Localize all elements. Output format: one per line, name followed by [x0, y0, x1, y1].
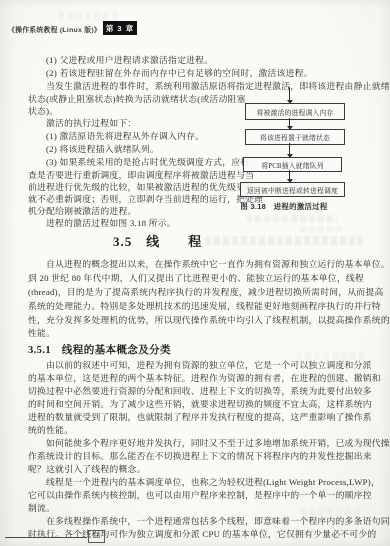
- scan-smudge: [300, 226, 345, 232]
- text-line: 系统的处理能力。特别是多处理机技术的迅速发展，线程能更好地刻画程序执行的并行特: [28, 301, 381, 312]
- text-line: 激活的执行过程如下：: [46, 118, 136, 129]
- text-line: 呢？这就引入了线程的概念。: [28, 464, 146, 475]
- scan-smudge: [300, 508, 360, 515]
- text-line: (1) 父进程或用户进程请求激活指定进程。: [46, 55, 213, 66]
- flow-arrow-icon: [289, 143, 290, 157]
- subsection-title: 3.5.1 线程的基本概念及分类: [28, 342, 171, 357]
- text-line: 机分配给刚被激活的进程。: [28, 206, 137, 217]
- text-line: 查是否要进行重新调度，即由调度程序将被激活进程与当: [28, 170, 254, 181]
- running-header-book-title: 《操作系统教程 (Linux 版)》: [8, 24, 101, 34]
- flowchart-box: 将被激活的进程调入内存: [245, 103, 345, 120]
- text-line: (2) 将该进程插入就绪队列。: [46, 144, 159, 155]
- scan-smudge: [296, 352, 364, 359]
- text-line: (3) 如果系统采用的是抢占时优先级调度方式，应检: [46, 157, 249, 168]
- text-line: 进程的数量就受到了限制，也就限制了程序并发执行程度的提高，这严重影响了操作系: [28, 412, 372, 423]
- page-number: 18: [88, 530, 105, 543]
- text-line: 切换过程中必然要进行资源的分配和回收、进程上下文的切换等，系统为此要付出较多: [28, 386, 372, 397]
- text-line: 的基本单位，这是进程的两个基本特征。进程作为资源的拥有者，在进程的创建、撤销和: [28, 373, 381, 384]
- text-line: 的时间和空间开销。为了减少这些开销，就要求进程切换的频度不宜太高，这样系统内: [28, 399, 372, 410]
- text-line: (2) 若该进程驻留在外存而内存中已有足够的空间时，激活该进程。: [46, 68, 313, 79]
- scan-smudge: [282, 452, 362, 459]
- text-line: 制流。: [28, 503, 55, 514]
- text-line: 如何能使多个程序更好地并发执行，同时又不至于过多地增加系统开销，已成为现代操: [46, 438, 390, 449]
- text-line: 状态)。: [28, 106, 58, 117]
- flowchart-box: 返回被中断进程或转进程调度: [240, 182, 345, 197]
- text-line: 时执行。各个线程均可作为独立调度和分派 CPU 的基本单位，它仅拥有少量必不可少…: [28, 529, 376, 540]
- figure-caption: 图 3.18 进程的激活过程: [228, 201, 340, 212]
- flow-arrow-icon: [289, 118, 290, 129]
- scan-smudge: [298, 320, 360, 327]
- flowchart-box: 将PCB插入就绪队列: [243, 157, 342, 172]
- scan-smudge: [58, 12, 118, 20]
- text-line: 它可以由操作系统内核控制，也可以由用户程序来控制，是程序中的一个单一的顺序控: [28, 490, 372, 501]
- flow-arrow-icon: [289, 170, 290, 182]
- scan-smudge: [246, 215, 338, 222]
- book-page: 《操作系统教程 (Linux 版)》 第 3 章 (1) 父进程或用户进程请求激…: [0, 0, 390, 546]
- text-line: 性能。: [28, 328, 55, 339]
- text-line: 自从进程的概念提出以来，在操作系统中它一直作为拥有资源和独立运行的基本单位。: [46, 259, 390, 270]
- text-line: 进程的激活过程如图 3.18 所示。: [46, 218, 176, 229]
- chapter-badge: 第 3 章: [103, 21, 137, 35]
- text-line: 到 20 世纪 80 年代中期，人们又提出了比进程更小的、能独立运行的基本单位，…: [28, 273, 364, 284]
- section-title: 3.5 线 程: [113, 231, 202, 250]
- text-line: 当发生激活进程的事件时，系统利用激活原语将指定进程激活，即将该进程由静止就绪: [46, 81, 390, 92]
- flowchart-box: 将该进程置于就绪状态: [245, 129, 345, 145]
- text-line: (thread)，目的是为了提高系统内程序执行的并发程度，减少进程切换所需时间，…: [28, 287, 384, 298]
- text-line: 在多线程操作系统中，一个进程通常包括多个线程，即意味着一个程序内的多条语句同: [46, 516, 390, 527]
- text-line: 线程是一个进程内的基本调度单位，也称之为轻权进程(Light Weight Pr…: [46, 477, 380, 488]
- flow-arrow-icon: [289, 87, 290, 103]
- text-line: 由以前的叙述中可知，进程为拥有资源的独立单位，它是一个可以独立调度和分派: [46, 360, 372, 371]
- text-line: (1) 激活原语先将进程从外存调入内存。: [46, 131, 204, 142]
- text-line: 前进程进行优先级的比较，如果被激活进程的优先级更低，: [28, 182, 263, 193]
- text-line: 统的性能。: [28, 425, 73, 436]
- footer-rule: [5, 537, 87, 538]
- text-line: 状态(或静止阻塞状态)转换为活动就绪状态(或活动阻塞: [28, 94, 246, 105]
- scan-smudge: [205, 236, 363, 245]
